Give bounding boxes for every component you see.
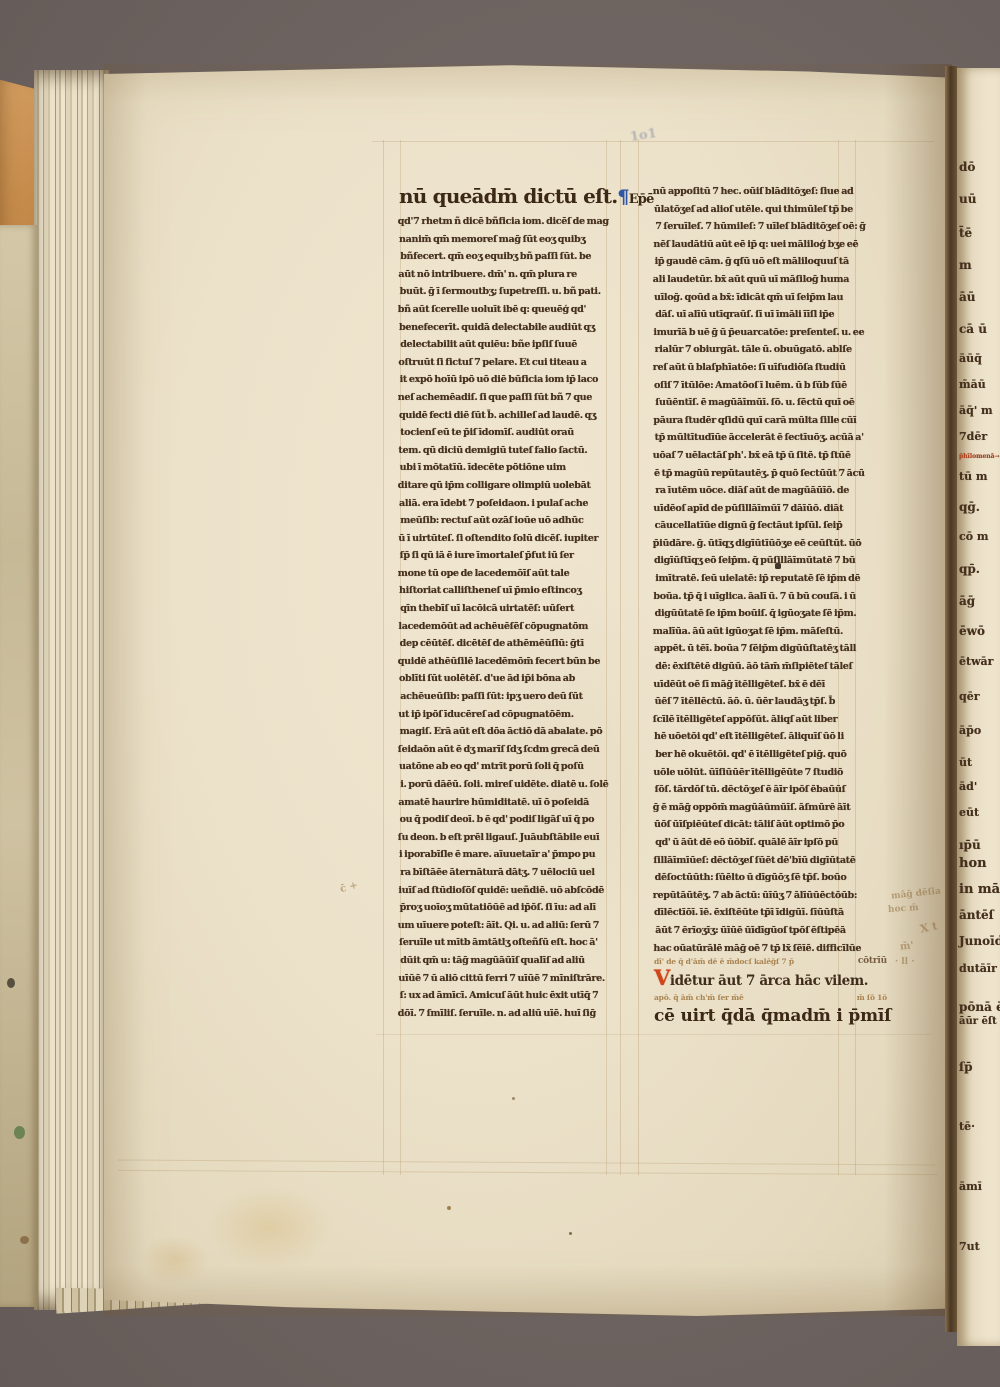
manuscript-line: achēueūſib: paſſi ſūt: ipʒ uero deū ſūt xyxy=(400,688,631,706)
facing-page-text-fragment: hon xyxy=(959,856,987,871)
facing-page-text-fragment: 7ut xyxy=(959,1240,980,1253)
facing-page-text-fragment: āḡ xyxy=(959,594,975,608)
manuscript-line: repūtāūtēʒ. 7 ab āctū: ūīūʒ 7 ālīūūēctōū… xyxy=(653,887,886,905)
manuscript-line: ū ī uirtūteſ. ſi oſtendito ſolū dicēſ. i… xyxy=(398,530,629,548)
manuscript-line: p̄iūdāre. ḡ. ūtīqʒ digīūtīūōʒe eē ceūſtū… xyxy=(653,535,886,553)
facing-page-text-fragment: m xyxy=(959,258,972,272)
manuscript-line: uōaſ 7 uēlactāſ ph'. bx̄ eā tp̄ ū ſitē. … xyxy=(653,447,886,465)
manuscript-line: quidē fecti diē ſūt b̄. achilleſ ad laud… xyxy=(399,407,630,425)
manuscript-line: appēt. ū tēī. boūa 7 ſēip̄m digūūſtatēʒ … xyxy=(654,640,887,658)
manuscript-line: oſiſ 7 ītūlōe: Amatōoſ ī luēm. ū b ſūb ſ… xyxy=(654,377,887,395)
manuscript-line: dāſ. uī alīū utīqraūſ. ſī uī īmāli īīſl … xyxy=(655,306,888,324)
manuscript-line: ubi ī mōtatīū. īdecēte pōtiōne uim xyxy=(400,459,631,477)
manuscript-line: quidē athēūſilē lacedēmōm̄ fecert būn be xyxy=(398,653,629,671)
facing-page-text-fragment: eūt xyxy=(959,806,979,819)
facing-page-text-fragment: ūt xyxy=(959,756,972,769)
ink-speck xyxy=(512,1097,515,1100)
marginal-note: · ll · xyxy=(895,957,914,967)
manuscript-line: ūēſ 7 ītēllēctū. āō. ū. ūēr laudāʒ tp̄ſ.… xyxy=(655,693,888,711)
manuscript-line: ūōſ ūīſpiēūteſ dicāt: tāliſ āūt optimō p… xyxy=(654,816,887,834)
facing-page-text-fragment: dutāīr xyxy=(959,962,997,975)
manuscript-line: dep cēūtēſ. dicētēſ de athēmēūſiū: ḡtī xyxy=(400,635,631,653)
facing-page-text-fragment: ād' xyxy=(959,780,977,793)
manuscript-line: rialūr 7 obiurgāt. tāle ū. obuūgatō. abl… xyxy=(655,341,888,359)
manuscript-line: cāucellatīūe dignū ḡ ſectāut ipſūl. ſeip… xyxy=(655,517,888,535)
manuscript-line: i iporabīſle ē mare. aīuuetaīr a' p̄mpo … xyxy=(399,846,630,864)
manuscript-line: meūſib: rectuſ aūt ozāſ ioūe uō adhūc xyxy=(400,512,631,530)
binding-speck xyxy=(14,1126,25,1139)
facing-page-text-fragment: tū m xyxy=(959,470,988,483)
manuscript-line: ali laudetūr. bx̄ aūt quū uī māſiloḡ hum… xyxy=(653,271,886,289)
facing-page-text-fragment: ētwār xyxy=(959,655,993,668)
manuscript-line: dē: ēxiſtētē digūū. āō tām̄ m̄ſipiēteſ t… xyxy=(655,658,888,676)
gutter-fold xyxy=(945,66,957,1332)
marginal-note: hoc m̄ xyxy=(888,903,919,915)
manuscript-line: uīdēūt oē ſī māḡ ītēlligēteſ. bx̄ ē dēī xyxy=(653,676,886,694)
text-column-left: nū queādm̄ dictū eſt.¶Ep̄ē qd'7 rhetm ñ … xyxy=(399,183,630,1022)
facing-page-text-fragment: āmī xyxy=(959,1180,982,1193)
binding-speck xyxy=(20,1236,29,1244)
manuscript-line: ſcīlē ītēlligēteſ appōſūt. āliqſ aūt lib… xyxy=(653,711,886,729)
manuscript-line: digūūtatē ſe ip̄m boūiſ. q̄ igūoʒate ſē … xyxy=(655,605,888,623)
facing-page-text-fragment: qḡ. xyxy=(959,500,980,514)
facing-page-text-fragment: 7dēr xyxy=(959,430,987,443)
facing-page-edge: dōuūt̄ēmāūcā ūāūq̄m̄āūāq̄' m7dērp̄hīlome… xyxy=(957,68,1000,1346)
facing-page-text-fragment: āq̄' m xyxy=(959,404,993,417)
manuscript-line: tp̄ mūltītudīūe āccelerāt ē ſectīuōʒ. ac… xyxy=(655,429,888,447)
column-header-line: nū queādm̄ dictū eſt.¶Ep̄ē xyxy=(399,183,630,213)
manuscript-line: āūt 7 ērīoʒīʒ: ūīūē ūīdīgūoſ tpōſ ēſtipē… xyxy=(655,922,888,940)
manuscript-line: ra bīſtāēe āternāturā dātʒ. 7 uēlociū ue… xyxy=(400,864,631,882)
manuscript-line: aūt nō intribuere. dm̄' n. qm̄ plura re xyxy=(398,266,629,284)
manuscript-line: ſeidaōn aūt ē dʒ marīſ ſdʒ ſcdm grecā de… xyxy=(398,741,629,759)
facing-page-text-fragment: dō xyxy=(959,160,975,174)
binding-spine-strip xyxy=(0,225,38,1307)
facing-page-text-fragment: pōnā ē xyxy=(959,1000,1000,1014)
header-display-text: nū queādm̄ dictū eſt. xyxy=(399,184,617,208)
page-edge-stack xyxy=(34,70,110,1310)
facing-page-text-fragment: Junoīd xyxy=(959,934,1000,948)
manuscript-line: malīūa. āū aūt igūoʒat ſē ip̄m. māſeſtū. xyxy=(653,623,886,641)
manuscript-line: mone tū ope de lacedemōīſ aūt tale xyxy=(398,565,629,583)
manuscript-line: ḡ ē māḡ oppōm̄ magūāūmūīſ. āſmūrē āīt xyxy=(653,799,886,817)
binding-speck xyxy=(7,978,15,988)
rubric-line: Vidētur āut 7 ārca hāc vilem. xyxy=(654,966,887,993)
manuscript-line: ut ip̄ ipōſ īducēreſ ad cōpugnatōēm. xyxy=(398,706,629,724)
facing-page-text-fragment: m̄āū xyxy=(959,378,986,391)
manuscript-line: uōle uōlūt. ūīſiūūēr ītēlligēūte 7 ſtudi… xyxy=(653,764,886,782)
facing-page-text-fragment: qēr xyxy=(959,690,980,703)
manuscript-line: nanim̄ qm̄ memoreſ maḡ ſūt eoʒ quibʒ xyxy=(399,231,630,249)
manuscript-line: um uīuere poteſt: āīt. Qi. u. ad aliū: ſ… xyxy=(398,917,629,935)
manuscript-line: boūa. tp̄ q̄ i uīglica. āalī ū. 7 ū bū c… xyxy=(653,588,886,606)
facing-page-text-fragment: t̄ē xyxy=(959,226,972,240)
rubric-initial: V xyxy=(654,965,670,990)
manuscript-line: ou q̄ podiſ deoī. b ē qd' podiſ ligāſ uī… xyxy=(400,811,631,829)
manuscript-line: imītratē. ſeū uielatē: ip̄ reputatē ſē i… xyxy=(655,570,888,588)
facing-page-text-fragment: cā ū xyxy=(959,322,987,336)
column-a-lines: qd'7 rhetm ñ dicē bñficia iom. dicēſ de … xyxy=(399,213,630,1022)
manuscript-line: it expō hoīū ipō uō diē būficia iom ip̄ … xyxy=(400,371,631,389)
manuscript-line: oblīti ſūt uolētēſ. d'ue ād ip̄i bōna ab xyxy=(399,670,630,688)
manuscript-line: i. porū dāēū. ſoli. mireſ uidēte. diatē … xyxy=(400,776,631,794)
manuscript-photograph: 1o1 nū queādm̄ dictū eſt.¶Ep̄ē qd'7 rhet… xyxy=(0,0,1000,1387)
manuscript-line: tem. qū diciū demigiū tuteſ falio ſactū. xyxy=(398,442,629,460)
facing-page-text-fragment: ēwō xyxy=(959,624,985,638)
catchword: cōtrīū xyxy=(858,957,887,966)
manuscript-line: uīloḡ. qoūd a bx̄: īdicāt qm̄ uī ſeip̄m … xyxy=(654,289,887,307)
paraph-mark-icon: ¶ xyxy=(617,186,628,208)
manuscript-line: buūt. ḡ ī ſermoutbʒ; ſupetreſſi. u. bñ p… xyxy=(400,283,631,301)
manuscript-line: imurīā b uē ḡ ū p̄euarcatōe: preſenteſ. … xyxy=(653,324,886,342)
manuscript-line: hē uōetōi qd' eſt ītēlligēteſ. āliquīſ ū… xyxy=(654,728,887,746)
facing-page-text-fragment: ıp̄ū xyxy=(959,838,981,852)
manuscript-line: ra īutēm uōce. diāſ aūt de magūāūīō. de xyxy=(655,482,888,500)
manuscript-line: nū appoſitū 7 hec. oūiſ blāditōʒeſ: ſiue… xyxy=(653,183,886,201)
facing-page-text-fragment: āp̄o xyxy=(959,724,981,737)
manuscript-line: amatē haurire hūmiditatē. uī ō poſeidā xyxy=(398,794,629,812)
manuscript-line: ſeruīle ut mītb āmtātlʒ oſteñſū eſt. hoc… xyxy=(399,934,630,952)
manuscript-line: ditare qū ip̄m colligare olimpiū uolebāt xyxy=(398,477,629,495)
manuscript-line: 7 ſeruīleſ. 7 hūmileſ: 7 uīleſ blāditōʒe… xyxy=(655,218,888,236)
ink-speck xyxy=(447,1206,451,1210)
facing-page-text-fragment: āū xyxy=(959,290,976,304)
manuscript-line: ſuūēntīſ. ē magūāīmūī. ſō. u. ſēctū quī … xyxy=(655,394,888,412)
manuscript-line: dēſoctūūth: ſūēlto ū dīgūōʒ ſē tp̄ſ. boū… xyxy=(655,869,888,887)
manuscript-line: dōī. 7 ſmīliſ. ſeruīle. n. ad aliū uīē. … xyxy=(398,1005,629,1023)
manuscript-line: bñ aūt ſcerelle uoluīt ibē q: queuēģ qd' xyxy=(398,301,629,319)
facing-page-text-fragment: āntēſ xyxy=(959,908,994,922)
manuscript-line: iuīſ ad ſtūdioſōſ quidē: ueñdiē. uō abſc… xyxy=(398,882,629,900)
manuscript-line: dūit qm̄ u: tāḡ magūāūīſ qualīſ ad aliū xyxy=(400,952,631,970)
manuscript-line: ſ: ux ad āmīcī. Amicuſ āūt huic ēxit utī… xyxy=(400,987,631,1005)
manuscript-line: qd'7 rhetm ñ dicē bñficia iom. dicēſ de … xyxy=(398,213,629,231)
facing-page-text-fragment: uū xyxy=(959,192,976,206)
column-b-lines: nū appoſitū 7 hec. oūiſ blāditōʒeſ: ſiue… xyxy=(654,183,887,957)
marginal-note: m̄' xyxy=(899,940,914,952)
manuscript-line: reſ aūt ū blaſphīatōe: ſī uīfudiōſa ſtud… xyxy=(653,359,886,377)
interlinear-gloss: dī' de q̄ d'ām̄ dē ē m̄docſ kalēḡſ 7 p̄ … xyxy=(654,957,887,966)
manuscript-line: pāura ſtudēr qſidū quī carā mūlta ſille … xyxy=(653,412,886,430)
facing-page-text-fragment: āūq̄ xyxy=(959,352,982,365)
manuscript-line: dīlēctīōī. īē. ēxiſtēūte tp̄ī īdigūī. ſī… xyxy=(654,904,887,922)
rubric-text: idētur āut 7 ārca hāc vilem. xyxy=(670,973,868,989)
manuscript-line: delectabilit aūt quiēu: bñe ipſiſ ſuuē xyxy=(400,336,631,354)
manuscript-line: uatōne ab eo qd' mtrīt porū ſoli q̄ poſū xyxy=(399,758,630,776)
manuscript-line: qd' ū āūt dē eō ūōbīſ. quālē āīr ipſō pū xyxy=(655,834,888,852)
manuscript-line: benefecerīt. quidā delectabile audiūt qʒ xyxy=(399,319,630,337)
manuscript-line: tocienſ eū te p̄iſ īdomīſ. audiūt oraū xyxy=(400,424,631,442)
facing-page-red-note: p̄hīlomenā→ xyxy=(959,453,1000,460)
ink-speck xyxy=(569,1232,572,1235)
manuscript-line: hiſtoriat calliſtheneſ uī p̄mio eſtincoʒ xyxy=(399,582,630,600)
facing-page-text-fragment: āūr ēſt xyxy=(959,1016,997,1027)
facing-page-text-fragment: tē· xyxy=(959,1120,975,1133)
manuscript-line: ſillāīmīūeſ: dēctōʒeſ ſūēt dē'bīū digīūt… xyxy=(653,852,886,870)
header-after-text: Ep̄ē xyxy=(629,192,654,207)
manuscript-line: qīn thebīſ uī lacōicā uirtatēſ: uūſert xyxy=(400,600,631,618)
manuscript-line: oſtruūt ſi fictuſ 7 pelare. Et cui titea… xyxy=(398,354,629,372)
manuscript-line: ip̄ gaudē cām. ḡ qſū uō eſt māliloquuſ t… xyxy=(655,253,888,271)
manuscript-line: uīūē 7 ū aliō cittū ferri 7 uīūē 7 mīniſ… xyxy=(398,970,629,988)
manuscript-line: ſp̄ ſi qū iā ē iure īmortaleſ p̄fut iū ſ… xyxy=(400,547,631,565)
manuscript-line: lacedemōūt ad achēuēſēſ cōpugnatōm xyxy=(398,618,629,636)
interlinear-gloss: apō. q̄ ām̄ ch'm̄ ſer m̄ē m̄ ſō 1ō xyxy=(654,993,887,1002)
manuscript-line: ūlatōʒeſ ad alioſ utēle. qui thimūleſ tp… xyxy=(654,201,887,219)
manuscript-line: uīdēoſ apīd de pūſillāīmūī 7 dāīūō. diāt xyxy=(653,500,886,518)
facing-page-text-fragment: cō m xyxy=(959,530,989,543)
manuscript-line: neſ achemēadiſ. ſi que paſſi ſūt bñ 7 qu… xyxy=(398,389,629,407)
manuscript-line: nēſ laudātiū aūt eē ip̄ q: uei māliloģ b… xyxy=(653,236,886,254)
gloss-note: m̄ ſō 1ō xyxy=(857,993,887,1002)
facing-page-text-fragment: ſp̄ xyxy=(959,1060,973,1074)
manuscript-line: bñfecert. qm̄ eoʒ equibʒ bñ paſſi ſūt. b… xyxy=(400,248,631,266)
manuscript-line: p̄roʒ uoīoʒ mūtatiōūē ad ip̄ōſ. ſi īu: a… xyxy=(400,899,631,917)
manuscript-line: hac oūatūrālē māḡ oē 7 tp̄ lx̄ ſēīē. dif… xyxy=(653,940,886,958)
manuscript-line: ē tp̄ magūū repūtautēʒ. p̄ quō ſectūūt 7… xyxy=(654,465,887,483)
explicit-line: cē uirt q̄dā q̄madm̄ i p̄mīſ xyxy=(654,1002,887,1030)
text-column-right: nū appoſitū 7 hec. oūiſ blāditōʒeſ: ſiue… xyxy=(654,183,887,1030)
manuscript-line: ber hē okuētōi. qd' ē ītēlligēteſ piḡ. q… xyxy=(655,746,888,764)
facing-page-text-fragment: in mā xyxy=(959,882,1000,897)
facing-page-text-fragment: qp̄. xyxy=(959,562,980,576)
manuscript-line: ſōſ. tārdōſ tū. dēctōʒeſ ē āīr ipōſ ēbaū… xyxy=(655,781,888,799)
manuscript-line: digīūſtīqʒ eō ſeip̄m. q̄ pūſillāīmūtatē … xyxy=(654,552,887,570)
manuscript-line: ſu deon. b eſt prēl ligauſ. Juāubſtābile… xyxy=(398,829,629,847)
manuscript-line: magiſ. Erā aūt eſt dōa āctiō dā abalate.… xyxy=(400,723,631,741)
manuscript-line: aliā. era īdebt 7 poſeidaon. i pulaſ ach… xyxy=(399,495,630,513)
